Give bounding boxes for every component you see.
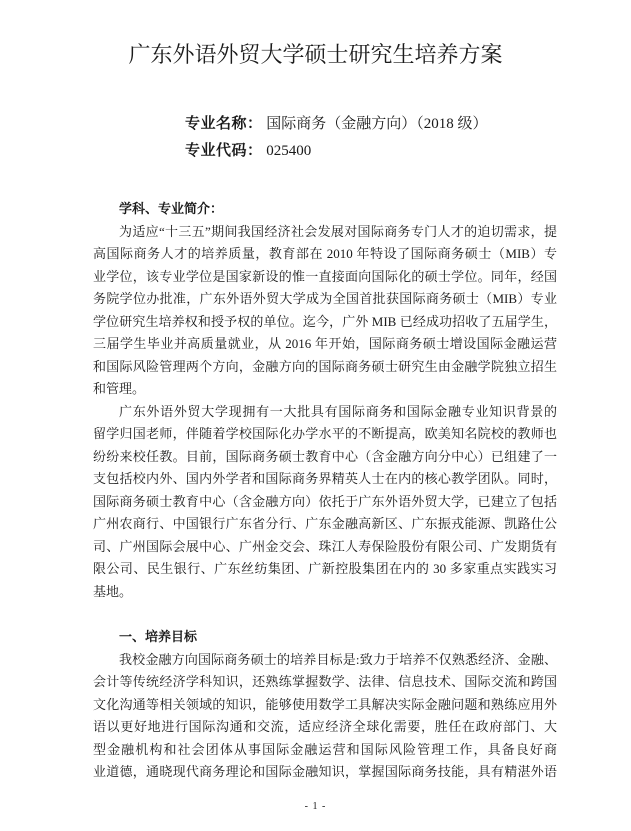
body-line: 文化沟通等相关领域的知识，能够使用数学工具解决实际金融问题和熟练应用外 <box>93 694 557 717</box>
body-line: 为适应“十三五”期间我国经济社会发展对国际商务专门人才的迫切需求，提 <box>93 221 557 244</box>
document-body: 学科、专业简介： 为适应“十三五”期间我国经济社会发展对国际商务专门人才的迫切需… <box>93 198 557 784</box>
body-line: 司、广州国际会展中心、广州金交会、珠江人寿保险股份有限公司、广发期货有 <box>93 536 557 559</box>
body-line: 限公司、民生银行、广东丝纺集团、广新控股集团在内的 30 多家重点实践实习 <box>93 558 557 581</box>
body-line: 纷纷来校任教。目前，国际商务硕士教育中心（含金融方向分中心）已组建了一 <box>93 446 557 469</box>
body-line: 国际商务硕士教育中心（含金融方向）依托于广东外语外贸大学，已建立了包括 <box>93 491 557 514</box>
body-line: 留学归国老师，伴随着学校国际化办学水平的不断提高，欧美知名院校的教师也 <box>93 423 557 446</box>
document-title: 广东外语外贸大学硕士研究生培养方案 <box>0 40 631 70</box>
body-line: 基地。 <box>93 581 557 604</box>
paragraph-goals: 我校金融方向国际商务硕士的培养目标是:致力于培养不仅熟悉经济、金融、 会计等传统… <box>93 649 557 784</box>
program-name-value: 国际商务（金融方向）（2018 级） <box>266 116 487 132</box>
body-line: 三届学生毕业并高质量就业，从 2016 年开始，国际商务硕士增设国际金融运营 <box>93 333 557 356</box>
body-line: 业学位，该专业学位是国家新设的惟一直接面向国际化的硕士学位。同年，经国 <box>93 266 557 289</box>
program-name-label: 专业名称： <box>185 116 263 132</box>
body-line: 支包括校内外、国内外学者和国际商务界精英人士在内的核心教学团队。同时， <box>93 468 557 491</box>
section-heading-intro: 学科、专业简介： <box>93 198 557 221</box>
program-code-row: 专业代码： 025400 <box>185 138 631 165</box>
body-line: 我校金融方向国际商务硕士的培养目标是:致力于培养不仅熟悉经济、金融、 <box>93 649 557 672</box>
program-code-value: 025400 <box>266 143 311 159</box>
body-line: 和管理。 <box>93 378 557 401</box>
program-meta-block: 专业名称： 国际商务（金融方向）（2018 级） 专业代码： 025400 <box>185 111 631 164</box>
body-line: 型金融机构和社会团体从事国际金融运营和国际风险管理工作，具备良好商 <box>93 739 557 762</box>
page-number: - 1 - <box>0 801 631 812</box>
body-line: 学位研究生培养权和授予权的单位。迄今，广外 MIB 已经成功招收了五届学生， <box>93 311 557 334</box>
paragraph-intro-history: 为适应“十三五”期间我国经济社会发展对国际商务专门人才的迫切需求，提 高国际商务… <box>93 221 557 401</box>
body-line: 高国际商务人才的培养质量，教育部在 2010 年特设了国际商务硕士（MIB）专 <box>93 243 557 266</box>
body-line: 务院学位办批准，广东外语外贸大学成为全国首批获国际商务硕士（MIB）专业 <box>93 288 557 311</box>
body-line: 和国际风险管理两个方向，金融方向的国际商务硕士研究生由金融学院独立招生 <box>93 356 557 379</box>
body-line: 广东外语外贸大学现拥有一大批具有国际商务和国际金融专业知识背景的 <box>93 401 557 424</box>
body-line: 广州农商行、中国银行广东省分行、广东金融高新区、广东振戎能源、凯路仕公 <box>93 513 557 536</box>
document-page: 广东外语外贸大学硕士研究生培养方案 专业名称： 国际商务（金融方向）（2018 … <box>0 0 631 831</box>
body-line: 会计等传统经济学科知识，还熟练掌握数学、法律、信息技术、国际交流和跨国 <box>93 671 557 694</box>
program-name-row: 专业名称： 国际商务（金融方向）（2018 级） <box>185 111 631 138</box>
body-line: 语以更好地进行国际沟通和交流，适应经济全球化需要，胜任在政府部门、大 <box>93 716 557 739</box>
paragraph-intro-resources: 广东外语外贸大学现拥有一大批具有国际商务和国际金融专业知识背景的 留学归国老师，… <box>93 401 557 604</box>
section-heading-goals: 一、培养目标 <box>93 626 557 649</box>
program-code-label: 专业代码： <box>185 143 263 159</box>
body-line: 业道德，通晓现代商务理论和国际金融知识，掌握国际商务技能，具有精湛外语 <box>93 761 557 784</box>
